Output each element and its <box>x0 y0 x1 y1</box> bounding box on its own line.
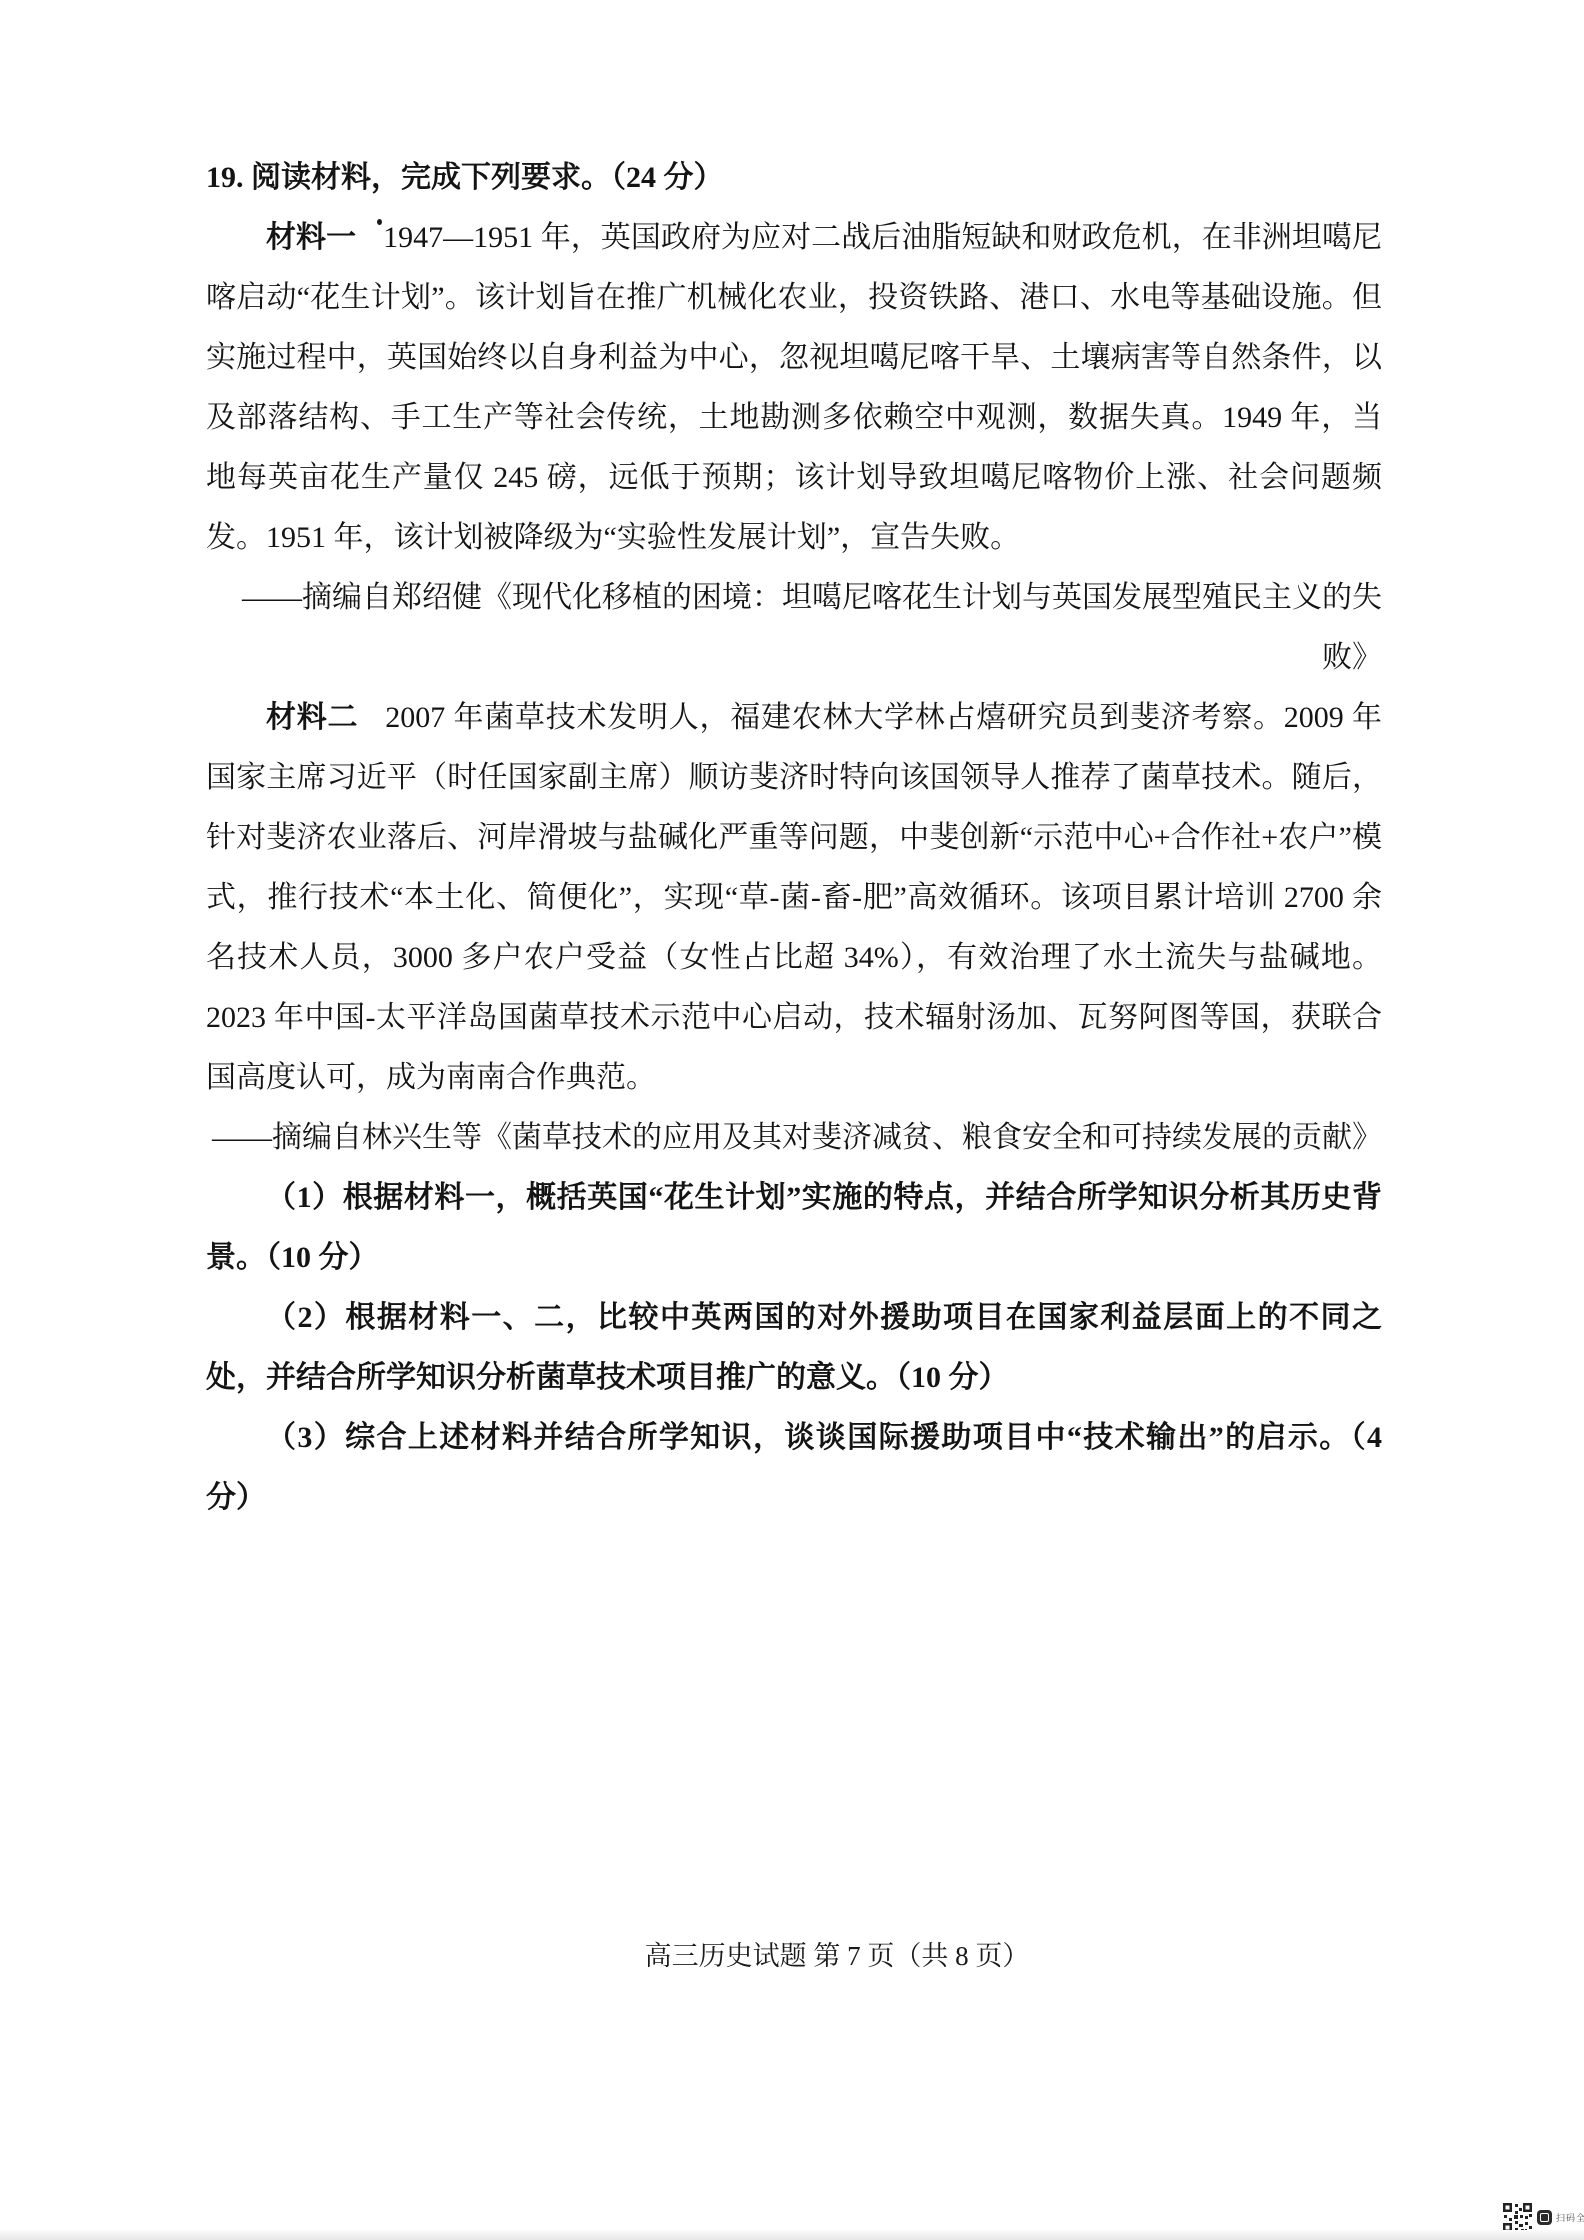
question-19-header: 19. 阅读材料，完成下列要求。（24 分） <box>206 148 1382 208</box>
watermark: 扫码全解王 <box>1502 2202 1584 2233</box>
material-one-text: 1947—1951 年，英国政府为应对二战后油脂短缺和财政危机，在非洲坦噶尼喀启… <box>206 221 1382 554</box>
watermark-text: 扫码全解王 <box>1556 2213 1584 2223</box>
question-2: （2）根据材料一、二，比较中英两国的对外援助项目在国家利益层面上的不同之处，并结… <box>206 1288 1382 1408</box>
material-one-label: 材料一 <box>266 221 356 254</box>
question-3: （3）综合上述材料并结合所学知识，谈谈国际援助项目中“技术输出”的启示。（4 分… <box>206 1408 1382 1528</box>
material-two-source: ——摘编自林兴生等《菌草技术的应用及其对斐济减贫、粮食安全和可持续发展的贡献》 <box>206 1108 1382 1168</box>
material-one-paragraph: 材料一1947—1951 年，英国政府为应对二战后油脂短缺和财政危机，在非洲坦噶… <box>206 208 1382 568</box>
material-one-source: ——摘编自郑绍健《现代化移植的困境：坦噶尼喀花生计划与英国发展型殖民主义的失败》 <box>206 568 1382 688</box>
scanned-exam-page: { "exam": { "question_header": "19. 阅读材料… <box>0 0 1584 2240</box>
qr-code-icon <box>1502 2202 1533 2233</box>
material-two-text: 2007 年菌草技术发明人，福建农林大学林占熺研究员到斐济考察。2009 年国家… <box>206 701 1382 1094</box>
exam-content: 19. 阅读材料，完成下列要求。（24 分） 材料一1947—1951 年，英国… <box>206 148 1382 1528</box>
scan-bottom-edge <box>0 2230 1584 2240</box>
material-two-paragraph: 材料二2007 年菌草技术发明人，福建农林大学林占熺研究员到斐济考察。2009 … <box>206 688 1382 1108</box>
question-1: （1）根据材料一，概括英国“花生计划”实施的特点，并结合所学知识分析其历史背景。… <box>206 1168 1382 1288</box>
watermark-logo-icon <box>1537 2210 1552 2225</box>
material-two-label: 材料二 <box>266 701 358 734</box>
page-footer: 高三历史试题 第 7 页（共 8 页） <box>45 1936 1584 1976</box>
